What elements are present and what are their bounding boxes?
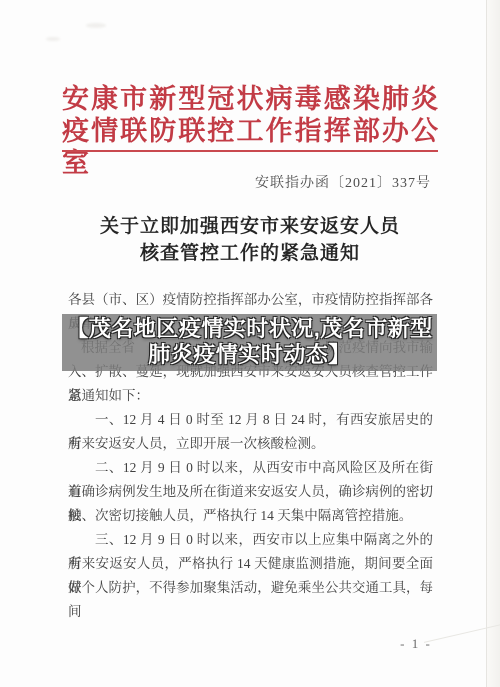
- letterhead-divider-rule: [62, 150, 438, 152]
- letterhead-org-line2: 疫情联防联控工作指挥部办公室: [62, 115, 438, 179]
- scan-smudge: [86, 23, 106, 28]
- scanned-notice-page: 安康市新型冠状病毒感染肺炎 疫情联防联控工作指挥部办公室 安联指办函〔2021〕…: [0, 0, 500, 687]
- paper-edge-strip: [487, 0, 500, 687]
- headline-overlay-line2: 肺炎疫情实时动态】: [62, 342, 437, 368]
- body-line: 各县（市、区）疫情防控指挥部办公室，市疫情防控指挥部各成: [68, 288, 433, 312]
- body-line: 好个人防护，不得参加聚集活动，避免乘坐公共交通工具，每间: [68, 576, 433, 600]
- document-number: 安联指办函〔2021〕337号: [62, 172, 431, 192]
- headline-overlay-line1: 【茂名地区疫情实时状况,茂名市新型: [62, 316, 437, 342]
- headline-overlay-banner: 【茂名地区疫情实时状况,茂名市新型 肺炎疫情实时动态】: [62, 314, 437, 371]
- body-line: 触、次密切接触人员，严格执行 14 天集中隔离管控措施。: [68, 504, 433, 528]
- body-line: 二、12 月 9 日 0 时以来，从西安市中高风险区及所在街道、: [68, 456, 433, 480]
- letterhead-org-line1: 安康市新型冠状病毒感染肺炎: [62, 83, 438, 115]
- body-line: 急通知如下：: [68, 384, 433, 408]
- body-line: 有来安返安人员，立即开展一次核酸检测。: [68, 432, 433, 456]
- notice-title-line1: 关于立即加强西安市来安返安人员: [0, 213, 500, 240]
- letterhead: 安康市新型冠状病毒感染肺炎 疫情联防联控工作指挥部办公室: [62, 83, 438, 179]
- notice-title-line2: 核查管控工作的紧急通知: [0, 240, 500, 267]
- body-line: 有来安返安人员，严格执行 14 天健康监测措施，期间要全面做: [68, 552, 433, 576]
- body-line: 三、12 月 9 日 0 时以来，西安市以上应集中隔离之外的所: [68, 528, 433, 552]
- notice-title: 关于立即加强西安市来安返安人员 核查管控工作的紧急通知: [0, 213, 500, 267]
- body-line: 一、12 月 4 日 0 时至 12 月 8 日 24 时，有西安旅居史的所: [68, 408, 433, 432]
- body-line: 有确诊病例发生地及所在街道来安返安人员，确诊病例的密切接: [68, 480, 433, 504]
- scan-smudge: [46, 37, 60, 41]
